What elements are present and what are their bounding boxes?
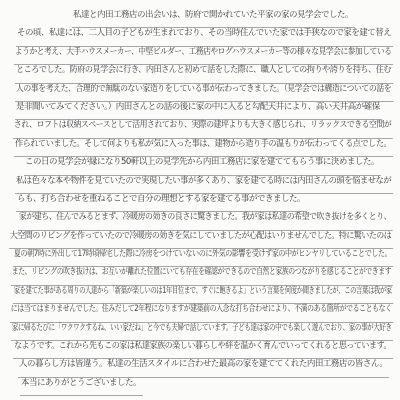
letter-line-text: なようです。これから先もこの家は私達家族の楽しい暮らしや絆を温かく育んでいってく… <box>13 337 393 359</box>
letter-line-text: 私は色々な本や物件を見ていたので実現したい事が多くあり、家を建てる時には内田さん… <box>15 172 393 194</box>
letter-line: 大空間のリビングを作っていたので冷暖房の効きを気にしていましたが心配はいりません… <box>0 227 400 245</box>
letter-line: 作られていました。そして何よりも私が気に入った事は、建物から造り手の温もりが伝わ… <box>0 135 400 153</box>
letter-line: され、ロフトは収納スペースとして活用されており、実際の建坪よりも大きく感じられ、… <box>0 116 400 134</box>
letter-line: 家を建てた事がある周りの人達から「新築が楽しいのは1年目位まで、すぐに飽きるよ」… <box>0 282 400 300</box>
letter-line: その頃、私達には、二人目の子どもが生まれており、その当時住んでいた家では手狭なの… <box>0 24 400 42</box>
letter-line: には当てはまりませんでした。住みだして2年程になりますが建築前の入念な打ち合わせ… <box>0 300 400 318</box>
letter-line: 家が建ち、住んでみるとまず、冷暖房の効きの良さに驚きました。我が家は私達の希望で… <box>0 208 400 226</box>
letter-line: 人の事を考えた、合理的で無駄のない家造りをしている事が伝わってきました。（見学会… <box>0 80 400 98</box>
letter-line: なようです。これから先もこの家は私達家族の楽しい暮らしや絆を温かく育んでいってく… <box>0 337 400 355</box>
letter-line: 私達と内田工務店の出会いは、防府で開かれていた平家の家の見学会でした。 <box>0 6 400 24</box>
letter-body: 私達と内田工務店の出会いは、防府で開かれていた平家の家の見学会でした。 その頃、… <box>0 6 400 392</box>
letter-line-text: 人の事を考えた、合理的で無駄のない家造りをしている事が伝わってきました。（見学会… <box>15 80 393 102</box>
letter-line: 夏の朝7時に外出して17時頃帰宅した際に冷房をつけていないのに外気の影響を受けず… <box>0 245 400 263</box>
letter-line: また、リビングの吹き抜けは、お互いが離れた位置にいても存在を確認ができるので自然… <box>0 263 400 281</box>
letter-line: 私は色々な本や物件を見ていたので実現したい事が多くあり、家を建てる時には内田さん… <box>0 172 400 190</box>
letter-line-text: 作られていました。そして何よりも私が気に入った事は、建物から造り手の温もりが伝わ… <box>14 135 393 157</box>
letter-line: 家に帰るたびに「ワクワクするね、いい家だね」と今でも夫婦で話しています。子ども達… <box>0 319 400 337</box>
handwritten-letter: 私達と内田工務店の出会いは、防府で開かれていた平家の家の見学会でした。 その頃、… <box>0 0 400 400</box>
letter-line: ようかと考え、大手ハウスメーカー、中堅ビルダー、工務店やログハウスメーカー等の様… <box>0 43 400 61</box>
letter-line: ところでした。防府の見学会に行き、内田さんと初めて話をした際に、職人としての拘り… <box>0 61 400 79</box>
letter-line-text: 本当にありがとうございました。 <box>20 374 143 396</box>
